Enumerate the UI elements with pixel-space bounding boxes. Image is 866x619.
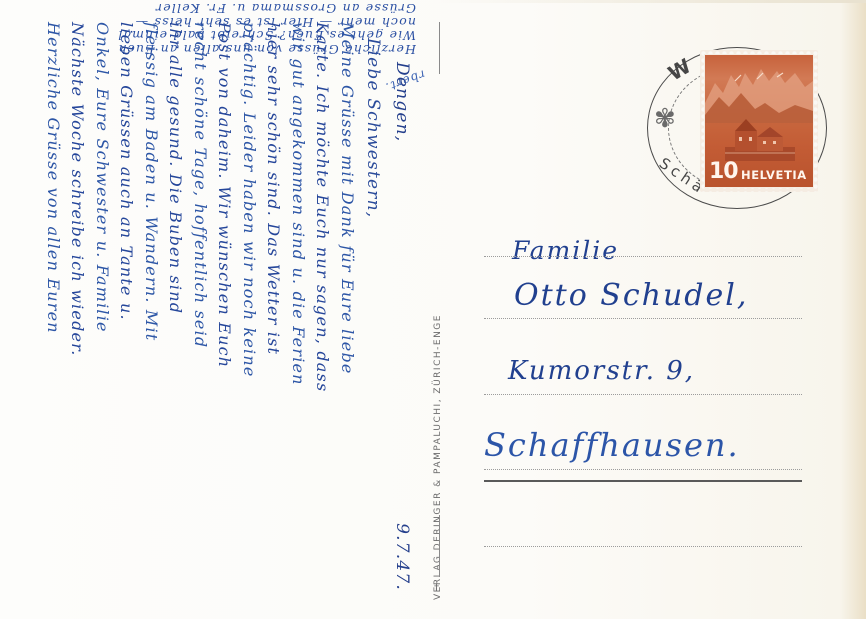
divider-rule: [439, 515, 440, 577]
message-line: prächtig. Leider haben wir noch keine: [237, 22, 262, 609]
address-line-2: Otto Schudel,: [514, 278, 748, 313]
message-line: Post von daheim. Wir wünschen Euch: [212, 22, 237, 609]
divider-rule: [439, 22, 440, 74]
address-rule: [484, 394, 802, 395]
message-heading: Dengen, 9.7.47.: [387, 22, 417, 609]
stamp-country: HELVETIA: [741, 168, 807, 182]
message-line: hier sehr schön sind. Das Wetter ist: [261, 22, 286, 609]
message-line: Meine Grüsse mit Dank für Eure liebe: [335, 22, 360, 609]
message-lines: Meine Grüsse mit Dank für Eure liebeKart…: [41, 22, 360, 609]
imprint-mark: †: [434, 583, 439, 594]
message-line: recht schöne Tage, hoffentlich seid: [188, 22, 213, 609]
publisher-imprint: VERLAG DERINGER & PAMPALUCHI, ZÜRICH-ENG…: [432, 0, 448, 619]
address-rule-empty: [484, 546, 802, 547]
message-date: 9.7.47.: [387, 523, 417, 609]
message-salutation: Liebe Schwestern,: [359, 22, 387, 609]
address-line-1: Familie: [512, 236, 619, 265]
stamp-face: 10 HELVETIA: [705, 55, 813, 187]
address-line-3: Kumorstr. 9,: [508, 356, 695, 386]
publisher-text: VERLAG DERINGER & PAMPALUCHI, ZÜRICH-ENG…: [433, 314, 443, 600]
edelweiss-icon: ✾: [654, 104, 676, 134]
mountain-illustration: [705, 63, 813, 123]
postage-stamp: 10 HELVETIA: [700, 50, 818, 192]
castle-illustration: [725, 117, 795, 161]
message-area: Herzliche Grüsse von uns allen an Euch W…: [0, 0, 425, 619]
message-line: Herzliche Grüsse von allen Euren: [41, 22, 66, 609]
address-rule: [484, 318, 802, 319]
message-line: Nächste Woche schreibe ich wieder.: [65, 22, 90, 609]
address-line-4: Schaffhausen.: [484, 426, 740, 464]
message-line: Onkel, Eure Schwester u. Familie: [90, 22, 115, 609]
address-rule: [484, 256, 802, 257]
message-line: wir gut angekommen sind u. die Ferien: [286, 22, 311, 609]
message-line: Karte. Ich möchte Euch nur sagen, dass: [310, 22, 335, 609]
message-line: fleissig am Baden u. Wandern. Mit: [139, 22, 164, 609]
stamp-value: 10: [709, 159, 738, 184]
message-line: ihr alle gesund. Die Buben sind: [163, 22, 188, 609]
message-body: Dengen, 9.7.47. Liebe Schwestern, Meine …: [0, 0, 425, 619]
postcard: Herzliche Grüsse von uns allen an Euch W…: [0, 0, 866, 619]
card-edge: [430, 0, 866, 3]
address-underline: [484, 480, 802, 482]
message-line: lieben Grüssen auch an Tante u.: [114, 22, 139, 609]
message-place: Dengen,: [387, 22, 417, 142]
address-rule: [484, 469, 802, 470]
